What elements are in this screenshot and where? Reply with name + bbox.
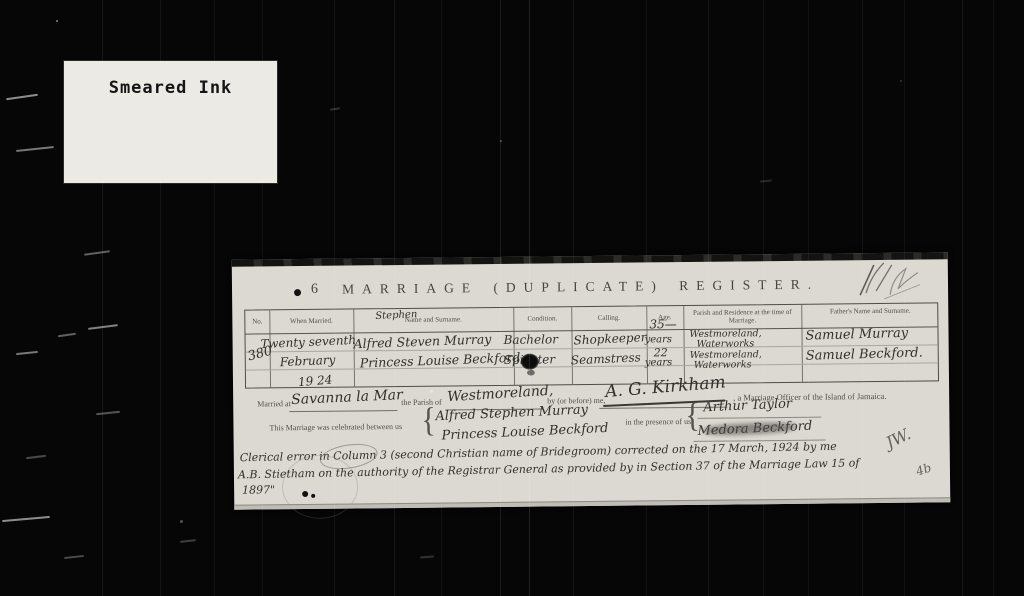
entry-groom-residence: Waterworks [697,338,755,350]
film-scratch [96,411,120,415]
film-scratch [16,146,54,152]
register-table: No. When Married. Name and Surname. Cond… [244,302,939,388]
film-scratch [58,333,76,337]
col-header-when-married: When Married. [269,309,353,325]
film-scratch [16,351,38,355]
film-scratch [26,455,46,459]
col-header-calling: Calling. [571,306,646,322]
marriage-register-document: 6 MARRIAGE (DUPLICATE) REGISTER. No [232,252,951,509]
ink-dot [302,491,308,497]
microfilm-frame: Smeared Ink 6 MARRIAGE (DUPLICATE) REGIS… [0,0,1024,596]
entry-groom-age-number: 35— [649,317,676,331]
faint-stamp-circle [282,454,359,519]
witness-1-signature: Arthur Taylor [703,396,792,415]
ink-dot [294,289,301,296]
film-scratch [88,324,118,330]
ink-blot [521,354,539,370]
entry-bride-father: Samuel Beckford. [806,346,923,364]
bride-signature: Princess Louise Beckford [441,421,609,444]
film-scratch [330,107,340,110]
entry-name-correction: Stephen [375,309,417,322]
film-scratch [962,0,963,596]
film-speck [900,80,902,82]
col-header-condition: Condition. [513,307,571,323]
film-scratch [64,555,84,559]
field-underline [289,410,397,412]
celebrated-between-label: This Marriage was celebrated between us [269,422,402,432]
col-header-father-name: Father's Name and Surname. [801,303,939,315]
film-scratch [420,555,434,558]
presence-of-us-label: in the presence of us [625,417,691,427]
col-header-no: No. [245,310,269,325]
column-divider [801,305,803,382]
corner-scribble [854,254,932,303]
entry-groom-calling: Shopkeeper [573,330,646,347]
film-scratch [180,539,196,543]
smeared-ink-label: Smeared Ink [63,78,278,98]
entry-groom-father: Samuel Murray [805,326,908,344]
entry-when-married-line3: 19 24 [297,373,332,390]
film-scratch [760,179,772,182]
entry-when-married-line1: Twenty seventh [260,333,356,351]
entry-bride-age-unit: years [645,357,673,368]
couple-brace: { [421,401,436,440]
film-speck [180,520,183,523]
film-speck [500,140,502,142]
margin-mark-initials: JW. [883,424,914,452]
col-header-parish-residence: Parish and Residence at the time of Marr… [683,305,801,325]
entry-bride-residence: Waterworks [694,359,752,371]
register-title: MARRIAGE (DUPLICATE) REGISTER. [342,277,819,298]
smeared-ink-card: Smeared Ink [63,60,278,184]
clerical-note-line3: 1897" [242,483,275,496]
ink-blot-tail [527,370,535,376]
married-at-place: Savanna la Mar [291,387,403,408]
film-scratch [993,0,994,596]
margin-mark-number: 4b [914,460,933,478]
film-scratch [2,516,50,522]
film-scratch [84,250,110,256]
form-number: 6 [311,282,318,298]
entry-groom-condition: Bachelor [503,332,557,347]
film-speck [56,20,58,22]
ink-dot [311,494,315,498]
film-scratch [6,94,38,100]
married-at-label: Married at [257,399,291,408]
groom-signature: Alfred Stephen Murray [435,402,588,424]
entry-groom-age-unit: years [645,334,673,345]
entry-when-married-line2: February [279,353,335,370]
